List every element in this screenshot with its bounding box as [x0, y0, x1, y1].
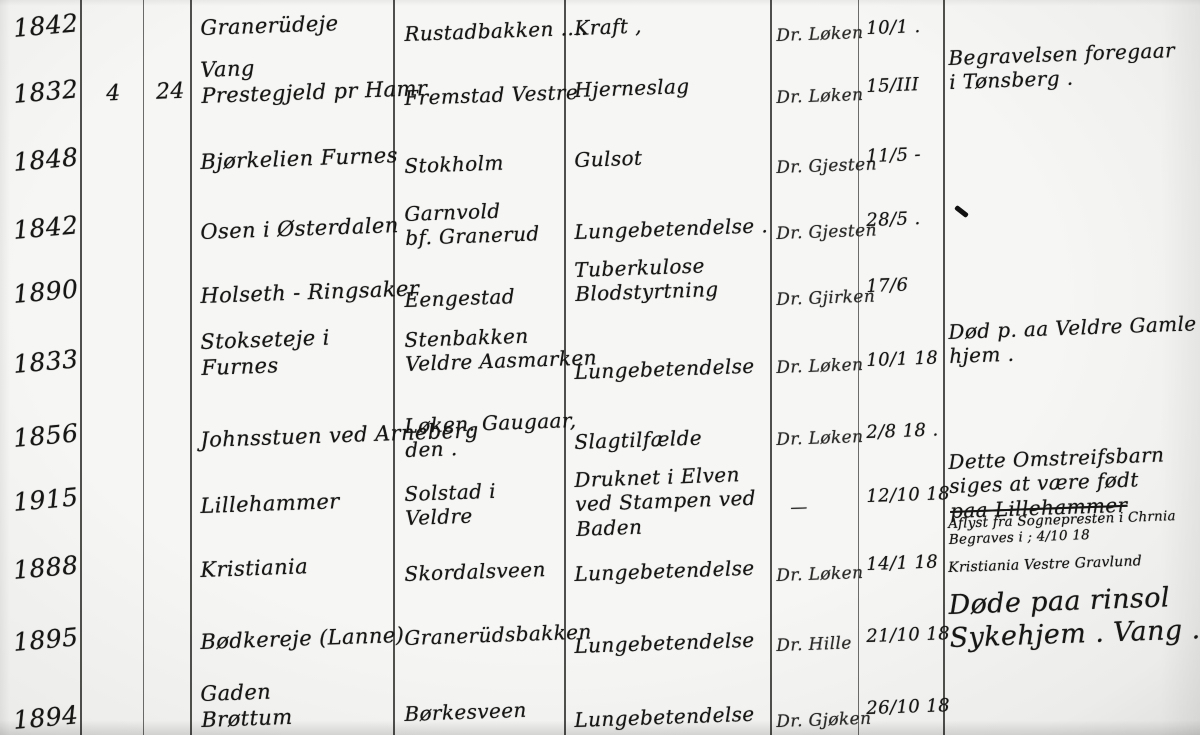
- death-year: 1915: [12, 482, 84, 517]
- doctor: Dr. Gjirken: [776, 287, 875, 310]
- death-year: 1856: [12, 418, 84, 453]
- doctor: Dr. Løken: [776, 563, 864, 586]
- burial-date: 26/10 18: [866, 695, 950, 719]
- residence: Eengestad: [404, 284, 515, 312]
- ink-blot: [954, 205, 969, 218]
- birthplace: Granerüdeje: [200, 11, 339, 41]
- burial-date: 2/8 18 .: [866, 419, 939, 443]
- residence: Løken. Gaugaar,den .: [404, 408, 578, 463]
- cause-of-death: Slagtilfælde: [574, 426, 702, 455]
- birthplace: Kristiania: [200, 554, 309, 583]
- residence: Garnvoldbf. Granerud: [404, 197, 540, 250]
- note-gravlund: Kristiania Vestre Gravlund: [948, 553, 1142, 577]
- note-died-sykehjem: Døde paa rinsolSykehjem . Vang .: [948, 581, 1200, 656]
- doctor: Dr. Gjesten: [776, 220, 877, 243]
- birthplace: Holseth - Ringsaker: [200, 276, 420, 309]
- residence: Børkesveen: [404, 698, 527, 727]
- cause-of-death: Gulsot: [574, 146, 643, 173]
- death-year: 1895: [12, 622, 84, 657]
- doctor: Dr. Gjøken: [776, 709, 872, 732]
- doctor: Dr. Gjesten: [776, 154, 877, 177]
- cause-of-death: Druknet i Elvenved Stampen vedBaden: [574, 462, 757, 541]
- burial-date: 28/5 .: [866, 208, 921, 231]
- burial-date: 12/10 18: [866, 483, 950, 507]
- entry-number-2: 24: [150, 79, 191, 105]
- birthplace: Bjørkelien Furnes: [200, 143, 398, 175]
- cause-of-death: Lungebetendelse: [574, 354, 755, 385]
- note-died-gamlehjem: Død p. aa Veldre Gamlehjem .: [948, 311, 1198, 368]
- death-year: 1890: [12, 274, 84, 309]
- note-sogneprest: Aflyst fra Sognepresten i ChrniaBegraves…: [948, 508, 1177, 549]
- death-year: 1888: [12, 550, 84, 585]
- residence: Solstad iVeldre: [404, 479, 497, 531]
- residence: StenbakkenVeldre Aasmarken: [404, 321, 597, 376]
- burial-date: 14/1 18: [866, 551, 939, 574]
- cause-of-death: TuberkuloseBlodstyrtning: [574, 253, 719, 307]
- cause-of-death: Lungebetendelse: [574, 702, 755, 733]
- doctor: Dr. Løken: [776, 355, 864, 378]
- birthplace: VangPrestegjeld pr Hamr: [200, 50, 428, 109]
- birthplace: Stokseteje iFurnes: [200, 325, 331, 381]
- residence: Rustadbakken ....: [404, 16, 588, 47]
- death-year: 1848: [12, 142, 84, 177]
- death-year: 1833: [12, 344, 84, 379]
- burial-date: 10/1 .: [866, 16, 921, 39]
- death-year: 1842: [12, 8, 84, 43]
- birthplace: Bødkereje (Lanne): [200, 623, 405, 656]
- residence: Skordalsveen: [404, 557, 546, 586]
- note-burial-tonsberg: Begravelsen foregaari Tønsberg .: [948, 38, 1176, 95]
- doctor: —: [790, 497, 808, 518]
- cause-of-death: Lungebetendelse .: [574, 213, 768, 244]
- cause-of-death: Kraft ,: [574, 14, 642, 41]
- birthplace: GadenBrøttum: [200, 679, 293, 733]
- doctor: Dr. Hille: [776, 633, 852, 656]
- residence: Fremstad Vestre: [404, 80, 579, 110]
- birthplace: Osen i Østerdalen: [200, 213, 399, 246]
- death-year: 1894: [12, 700, 84, 735]
- cause-of-death: Lungebetendelse: [574, 556, 755, 587]
- parish-register-scan: 1842 Granerüdeje Rustadbakken .... Kraft…: [0, 0, 1200, 735]
- burial-date: 10/1 18: [866, 347, 939, 370]
- doctor: Dr. Løken: [776, 85, 864, 108]
- burial-date: 15/III: [866, 74, 919, 97]
- burial-date: 11/5 -: [866, 144, 921, 167]
- death-year: 1842: [12, 210, 84, 245]
- column-rule: [770, 0, 772, 735]
- birthplace: Lillehammer: [200, 489, 340, 519]
- burial-date: 17/6: [866, 275, 909, 297]
- residence: Stokholm: [404, 151, 504, 179]
- cause-of-death: Lungebetendelse: [574, 628, 755, 659]
- burial-date: 21/10 18: [866, 623, 950, 647]
- cause-of-death: Hjerneslag: [574, 74, 690, 102]
- death-year: 1832: [12, 74, 84, 109]
- doctor: Dr. Løken: [776, 427, 864, 450]
- column-rule: [190, 0, 192, 735]
- column-rule: [143, 0, 144, 735]
- entry-number: 4: [88, 80, 139, 107]
- doctor: Dr. Løken: [776, 23, 864, 46]
